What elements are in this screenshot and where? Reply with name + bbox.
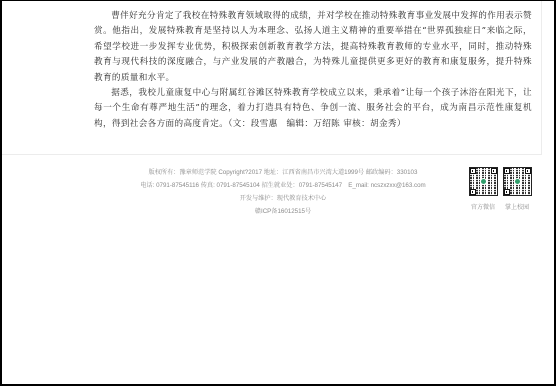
qr-label: 掌上校园 bbox=[502, 202, 532, 211]
qr-label: 官方微信 bbox=[468, 202, 498, 211]
qr-code-icon bbox=[504, 168, 531, 195]
qr-official-wechat: 官方微信 bbox=[468, 168, 498, 211]
article-panel: 曹伴好充分肯定了我校在特殊教育领域取得的成绩，并对学校在推动特殊教育事业发展中发… bbox=[2, 1, 542, 155]
qr-code-icon bbox=[470, 168, 497, 195]
article-body: 曹伴好充分肯定了我校在特殊教育领域取得的成绩，并对学校在推动特殊教育事业发展中发… bbox=[94, 9, 532, 132]
footer-icp[interactable]: 赣ICP备16012515号 bbox=[102, 205, 464, 218]
footer-info: 版权所有：豫章师范学院 Copyright?2017 地址：江西省南昌市兴湾大道… bbox=[102, 166, 464, 218]
site-footer: 版权所有：豫章师范学院 Copyright?2017 地址：江西省南昌市兴湾大道… bbox=[2, 156, 554, 246]
footer-maintainer: 开发与维护：现代教育技术中心 bbox=[102, 192, 464, 205]
qr-mobile-campus: 掌上校园 bbox=[502, 168, 532, 211]
footer-contact: 电话: 0791-87545116 传真: 0791-87545104 招生就业… bbox=[102, 179, 464, 192]
article-paragraph: 据悉，我校儿童康复中心与附属红谷滩区特殊教育学校成立以来，秉承着“让每一个孩子沐… bbox=[94, 86, 532, 132]
footer-copyright: 版权所有：豫章师范学院 Copyright?2017 地址：江西省南昌市兴湾大道… bbox=[102, 166, 464, 179]
article-paragraph: 曹伴好充分肯定了我校在特殊教育领域取得的成绩，并对学校在推动特殊教育事业发展中发… bbox=[94, 9, 532, 86]
